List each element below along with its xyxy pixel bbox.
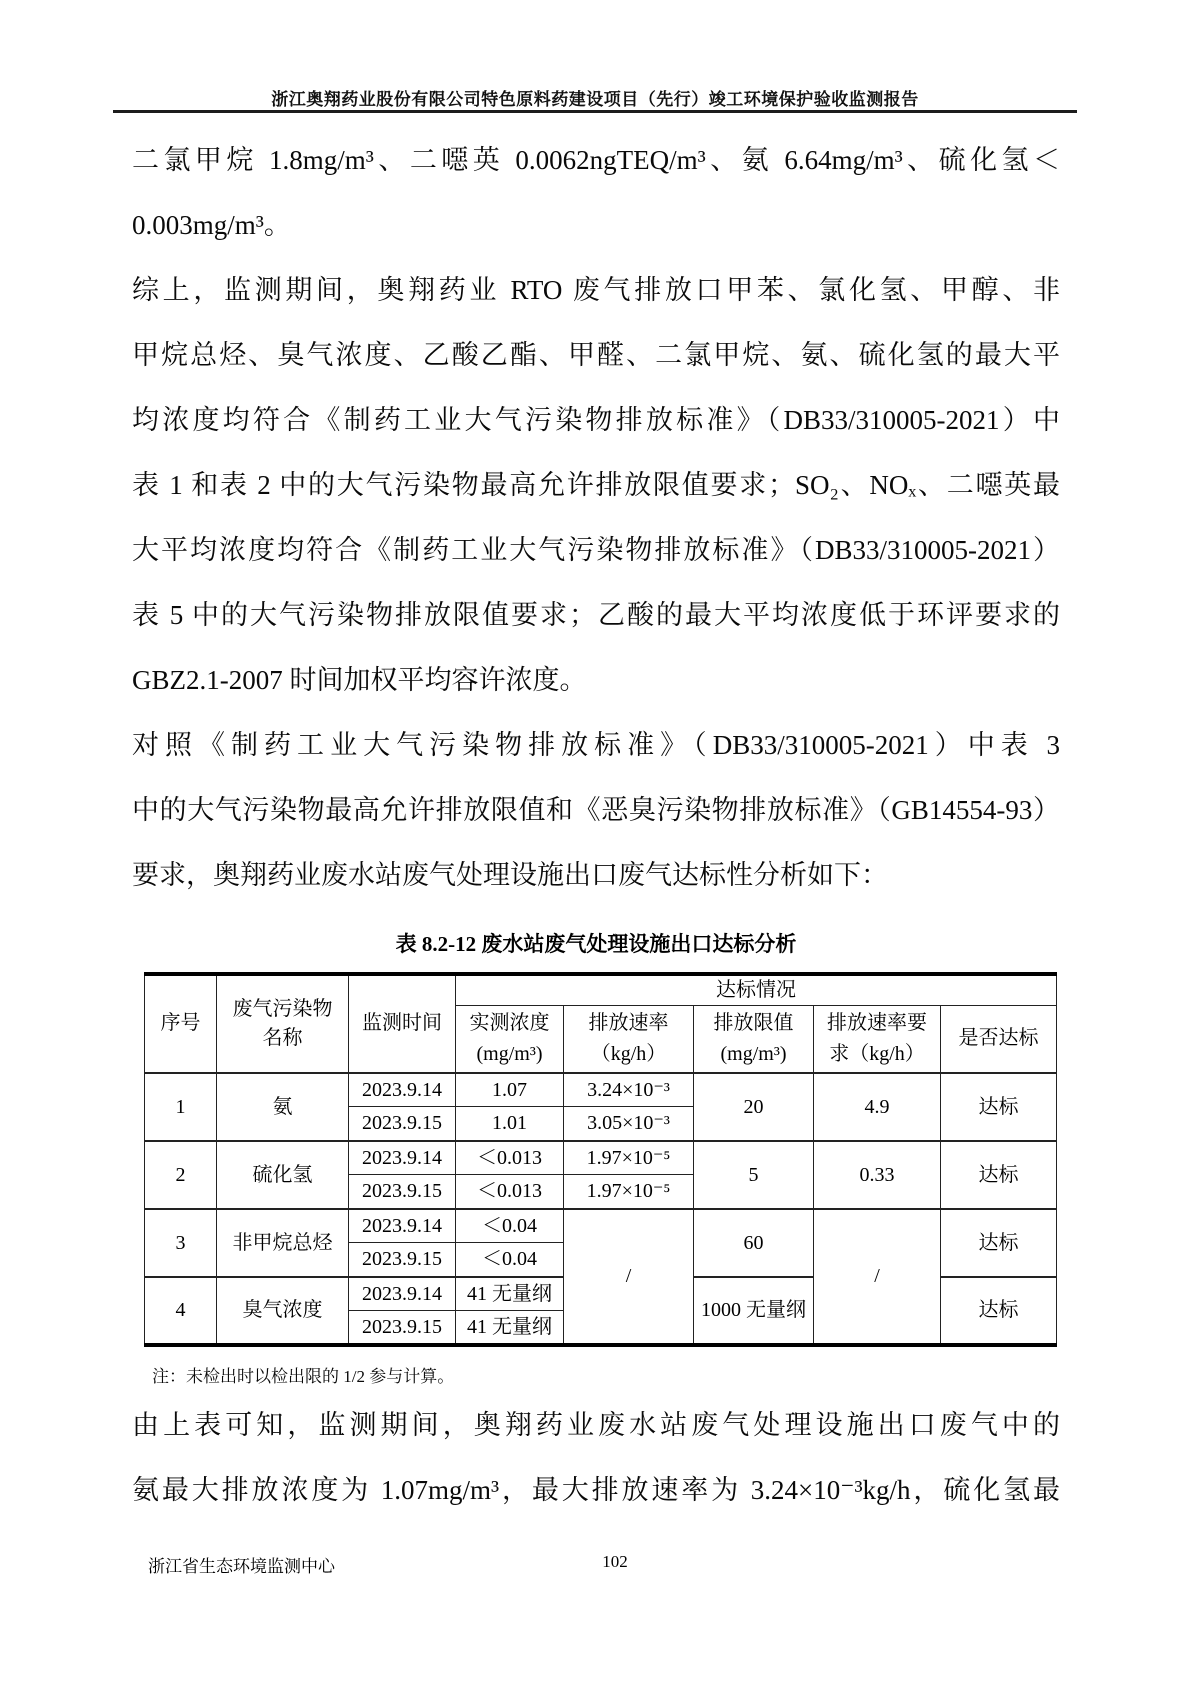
page-footer: 102 浙江省生态环境监测中心: [140, 1552, 1050, 1582]
cell-time: 2023.9.15: [349, 1311, 456, 1345]
table-row: 1 氨 2023.9.14 1.07 3.24×10⁻³ 20 4.9 达标: [145, 1073, 1057, 1107]
cell-pollutant: 硫化氢: [217, 1141, 349, 1209]
cell-pollutant: 氨: [217, 1073, 349, 1141]
cell-pollutant: 非甲烷总烃: [217, 1209, 349, 1277]
document-page: 浙江奥翔药业股份有限公司特色原料药建设项目（先行）竣工环境保护验收监测报告 二氯…: [0, 0, 1190, 1683]
compliance-table: 序号 废气污染物 名称 监测时间 达标情况 实测浓度 (mg/m³) 排放速率 …: [144, 972, 1057, 1347]
cell-no: 2: [145, 1141, 217, 1209]
cell-limit: 60: [694, 1209, 814, 1277]
header-cell-no: 序号: [145, 974, 217, 1073]
cell-time: 2023.9.15: [349, 1107, 456, 1141]
text-line: 表 5 中的大气污染物排放限值要求；乙酸的最大平均浓度低于环评要求的: [132, 583, 1060, 648]
cell-measured: 41 无量纲: [456, 1277, 564, 1311]
cell-rate-slash: /: [564, 1209, 694, 1345]
header-cell-pass: 是否达标: [941, 1006, 1057, 1073]
text-line: 大平均浓度均符合《制药工业大气污染物排放标准》（DB33/310005-2021…: [132, 518, 1060, 583]
footer-organization: 浙江省生态环境监测中心: [148, 1552, 335, 1577]
cell-time: 2023.9.14: [349, 1277, 456, 1311]
header-cell-time: 监测时间: [349, 974, 456, 1073]
cell-measured: 1.01: [456, 1107, 564, 1141]
cell-pass: 达标: [941, 1073, 1057, 1141]
text-line: 中的大气污染物最高允许排放限值和《恶臭污染物排放标准》（GB14554-93）: [132, 778, 1060, 843]
cell-rate: 3.24×10⁻³: [564, 1073, 694, 1107]
cell-rate-req: 4.9: [814, 1073, 941, 1141]
header-cell-rate-req: 排放速率要 求（kg/h）: [814, 1006, 941, 1073]
table-row: 3 非甲烷总烃 2023.9.14 ＜0.04 / 60 / 达标: [145, 1209, 1057, 1243]
paragraph-3: 对照《制药工业大气污染物排放标准》（DB33/310005-2021）中表 3中…: [132, 713, 1060, 908]
cell-limit: 5: [694, 1141, 814, 1209]
cell-rate: 1.97×10⁻⁵: [564, 1175, 694, 1209]
cell-pass: 达标: [941, 1277, 1057, 1345]
cell-rate-req: 0.33: [814, 1141, 941, 1209]
cell-measured: ＜0.013: [456, 1141, 564, 1175]
cell-pass: 达标: [941, 1209, 1057, 1277]
cell-limit: 1000 无量纲: [694, 1277, 814, 1345]
cell-measured: ＜0.04: [456, 1209, 564, 1243]
text-line: 综上，监测期间，奥翔药业 RTO 废气排放口甲苯、氯化氢、甲醇、非: [132, 258, 1060, 323]
cell-measured: 41 无量纲: [456, 1311, 564, 1345]
text-line: 均浓度均符合《制药工业大气污染物排放标准》（DB33/310005-2021）中: [132, 388, 1060, 453]
header-cell-rate: 排放速率 （kg/h）: [564, 1006, 694, 1073]
text-line: 对照《制药工业大气污染物排放标准》（DB33/310005-2021）中表 3: [132, 713, 1060, 778]
paragraph-1: 二氯甲烷 1.8mg/m³、二噁英 0.0062ngTEQ/m³、氨 6.64m…: [132, 128, 1060, 258]
text-line: 甲烷总烃、臭气浓度、乙酸乙酯、甲醛、二氯甲烷、氨、硫化氢的最大平: [132, 323, 1060, 388]
cell-time: 2023.9.14: [349, 1209, 456, 1243]
cell-rate-req-slash: /: [814, 1209, 941, 1345]
cell-no: 3: [145, 1209, 217, 1277]
text-line: 二氯甲烷 1.8mg/m³、二噁英 0.0062ngTEQ/m³、氨 6.64m…: [132, 128, 1060, 193]
header-rule: [113, 110, 1077, 113]
cell-pollutant: 臭气浓度: [217, 1277, 349, 1345]
table-header-row-1: 序号 废气污染物 名称 监测时间 达标情况: [145, 974, 1057, 1006]
cell-measured: ＜0.013: [456, 1175, 564, 1209]
cell-rate: 3.05×10⁻³: [564, 1107, 694, 1141]
text-line: 0.003mg/m³。: [132, 193, 1060, 258]
header-cell-measured: 实测浓度 (mg/m³): [456, 1006, 564, 1073]
cell-pass: 达标: [941, 1141, 1057, 1209]
cell-time: 2023.9.15: [349, 1175, 456, 1209]
paragraph-4: 由上表可知，监测期间，奥翔药业废水站废气处理设施出口废气中的氨最大排放浓度为 1…: [132, 1393, 1060, 1523]
paragraph-2: 综上，监测期间，奥翔药业 RTO 废气排放口甲苯、氯化氢、甲醇、非甲烷总烃、臭气…: [132, 258, 1060, 713]
cell-rate: 1.97×10⁻⁵: [564, 1141, 694, 1175]
text-line: 由上表可知，监测期间，奥翔药业废水站废气处理设施出口废气中的: [132, 1393, 1060, 1458]
cell-time: 2023.9.15: [349, 1243, 456, 1277]
cell-time: 2023.9.14: [349, 1073, 456, 1107]
cell-measured: ＜0.04: [456, 1243, 564, 1277]
text-line: GBZ2.1-2007 时间加权平均容许浓度。: [132, 648, 1060, 713]
header-cell-limit: 排放限值 (mg/m³): [694, 1006, 814, 1073]
header-cell-pollutant: 废气污染物 名称: [217, 974, 349, 1073]
header-cell-compliance-group: 达标情况: [456, 974, 1057, 1006]
text-line: 氨最大排放浓度为 1.07mg/m³，最大排放速率为 3.24×10⁻³kg/h…: [132, 1458, 1060, 1523]
page-header-title: 浙江奥翔药业股份有限公司特色原料药建设项目（先行）竣工环境保护验收监测报告: [113, 85, 1077, 110]
cell-time: 2023.9.14: [349, 1141, 456, 1175]
table-title: 表 8.2-12 废水站废气处理设施出口达标分析: [132, 928, 1060, 958]
cell-limit: 20: [694, 1073, 814, 1141]
text-line: 表 1 和表 2 中的大气污染物最高允许排放限值要求；SO₂、NOₓ、二噁英最: [132, 453, 1060, 518]
text-line: 要求，奥翔药业废水站废气处理设施出口废气达标性分析如下：: [132, 843, 1060, 908]
cell-no: 1: [145, 1073, 217, 1141]
table-row: 2 硫化氢 2023.9.14 ＜0.013 1.97×10⁻⁵ 5 0.33 …: [145, 1141, 1057, 1175]
cell-no: 4: [145, 1277, 217, 1345]
cell-measured: 1.07: [456, 1073, 564, 1107]
table-note: 注：未检出时以检出限的 1/2 参与计算。: [152, 1362, 1060, 1387]
